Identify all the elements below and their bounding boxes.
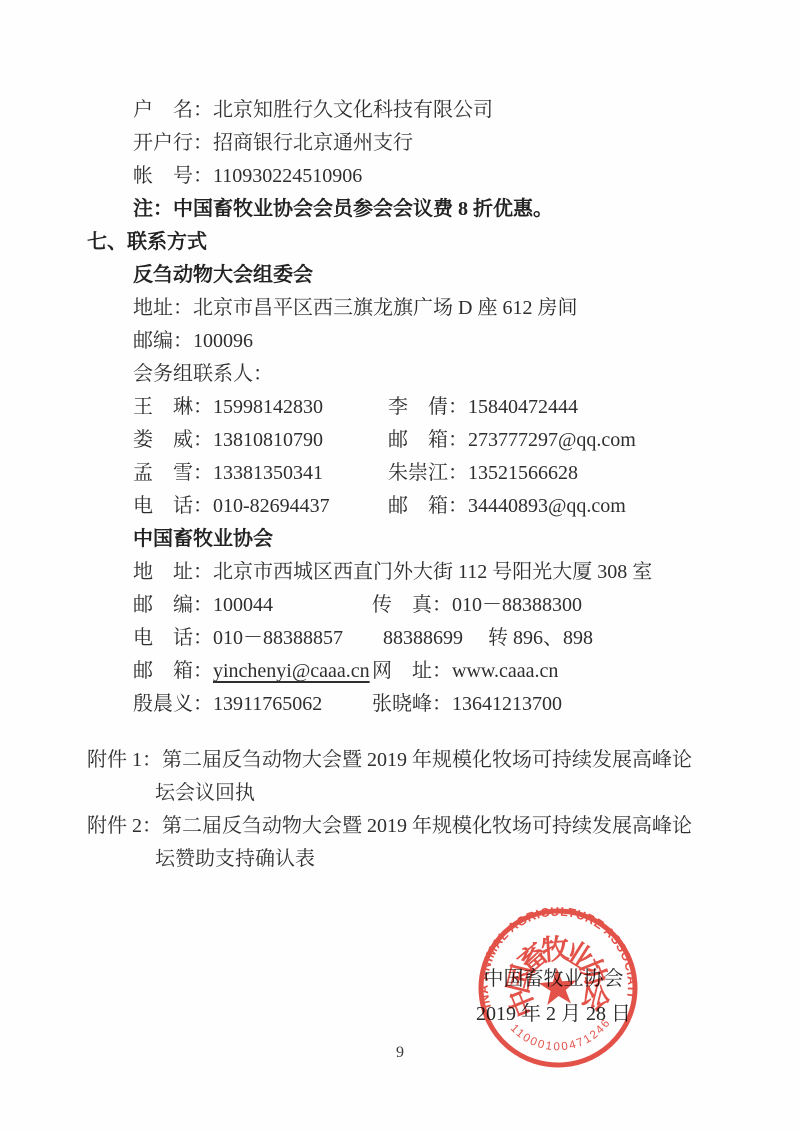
- caaa-postcode: 邮 编：100044: [133, 589, 372, 622]
- section-heading-contact: 七、联系方式: [87, 226, 760, 259]
- committee-address: 地址：北京市昌平区西三旗龙旗广场 D 座 612 房间: [87, 292, 760, 325]
- contact-right: 邮 箱：34440893@qq.com: [388, 490, 626, 523]
- caaa-contacts-row: 殷晨义：13911765062 张晓峰：13641213700: [87, 688, 760, 721]
- committee-contacts-label: 会务组联系人：: [87, 358, 760, 391]
- bank-account-name: 户 名：北京知胜行久文化科技有限公司: [87, 94, 760, 127]
- caaa-title: 中国畜牧业协会: [87, 523, 760, 556]
- caaa-address: 地 址：北京市西城区西直门外大街 112 号阳光大厦 308 室: [87, 556, 760, 589]
- caaa-contact1: 殷晨义：13911765062: [133, 688, 372, 721]
- attachment-2-line1: 附件 2：第二届反刍动物大会暨 2019 年规模化牧场可持续发展高峰论: [87, 810, 760, 843]
- attachments-block: 附件 1：第二届反刍动物大会暨 2019 年规模化牧场可持续发展高峰论 坛会议回…: [87, 744, 760, 876]
- attachment-2-line2: 坛赞助支持确认表: [87, 843, 760, 876]
- contact-right: 邮 箱：273777297@qq.com: [388, 424, 636, 457]
- document-body: 户 名：北京知胜行久文化科技有限公司 开户行：招商银行北京通州支行 帐 号：11…: [87, 94, 760, 876]
- caaa-website: 网 址：www.caaa.cn: [372, 655, 558, 688]
- discount-note: 注：中国畜牧业协会会员参会会议费 8 折优惠。: [87, 193, 760, 226]
- bank-account-number: 帐 号：110930224510906: [87, 160, 760, 193]
- document-page: 户 名：北京知胜行久文化科技有限公司 开户行：招商银行北京通州支行 帐 号：11…: [0, 0, 800, 1131]
- attachment-1-line2: 坛会议回执: [87, 777, 760, 810]
- contact-row: 王 琳：15998142830 李 倩：15840472444: [87, 391, 760, 424]
- official-seal-stamp: CHINA ANIMAL AGRICULTURE ASSOCIATION 110…: [467, 897, 648, 1078]
- contact-right: 朱崇江：13521566628: [388, 457, 578, 490]
- contact-row: 孟 雪：13381350341 朱崇江：13521566628: [87, 457, 760, 490]
- page-number: 9: [0, 1044, 800, 1062]
- contact-right: 李 倩：15840472444: [388, 391, 578, 424]
- caaa-email-web-row: 邮 箱：yinchenyi@caaa.cn 网 址：www.caaa.cn: [87, 655, 760, 688]
- contact-left: 孟 雪：13381350341: [133, 457, 388, 490]
- contact-left: 电 话：010-82694437: [133, 490, 388, 523]
- committee-title: 反刍动物大会组委会: [87, 259, 760, 292]
- seal-char: 会: [576, 980, 614, 1015]
- caaa-fax: 传 真：010－88388300: [372, 589, 582, 622]
- seal-star-icon: [538, 967, 578, 1006]
- caaa-phone: 电 话：010－88388857 88388699 转 896、898: [87, 622, 760, 655]
- contact-row: 电 话：010-82694437 邮 箱：34440893@qq.com: [87, 490, 760, 523]
- attachment-1-line1: 附件 1：第二届反刍动物大会暨 2019 年规模化牧场可持续发展高峰论: [87, 744, 760, 777]
- caaa-postcode-fax-row: 邮 编：100044 传 真：010－88388300: [87, 589, 760, 622]
- caaa-email-label: 邮 箱：: [133, 660, 213, 682]
- contact-row: 娄 威：13810810790 邮 箱：273777297@qq.com: [87, 424, 760, 457]
- contact-left: 娄 威：13810810790: [133, 424, 388, 457]
- caaa-contact2: 张晓峰：13641213700: [372, 688, 562, 721]
- committee-postcode: 邮编：100096: [87, 325, 760, 358]
- bank-branch: 开户行：招商银行北京通州支行: [87, 127, 760, 160]
- contact-left: 王 琳：15998142830: [133, 391, 388, 424]
- caaa-email: yinchenyi@caaa.cn: [213, 660, 370, 682]
- caaa-email-cell: 邮 箱：yinchenyi@caaa.cn: [133, 655, 372, 688]
